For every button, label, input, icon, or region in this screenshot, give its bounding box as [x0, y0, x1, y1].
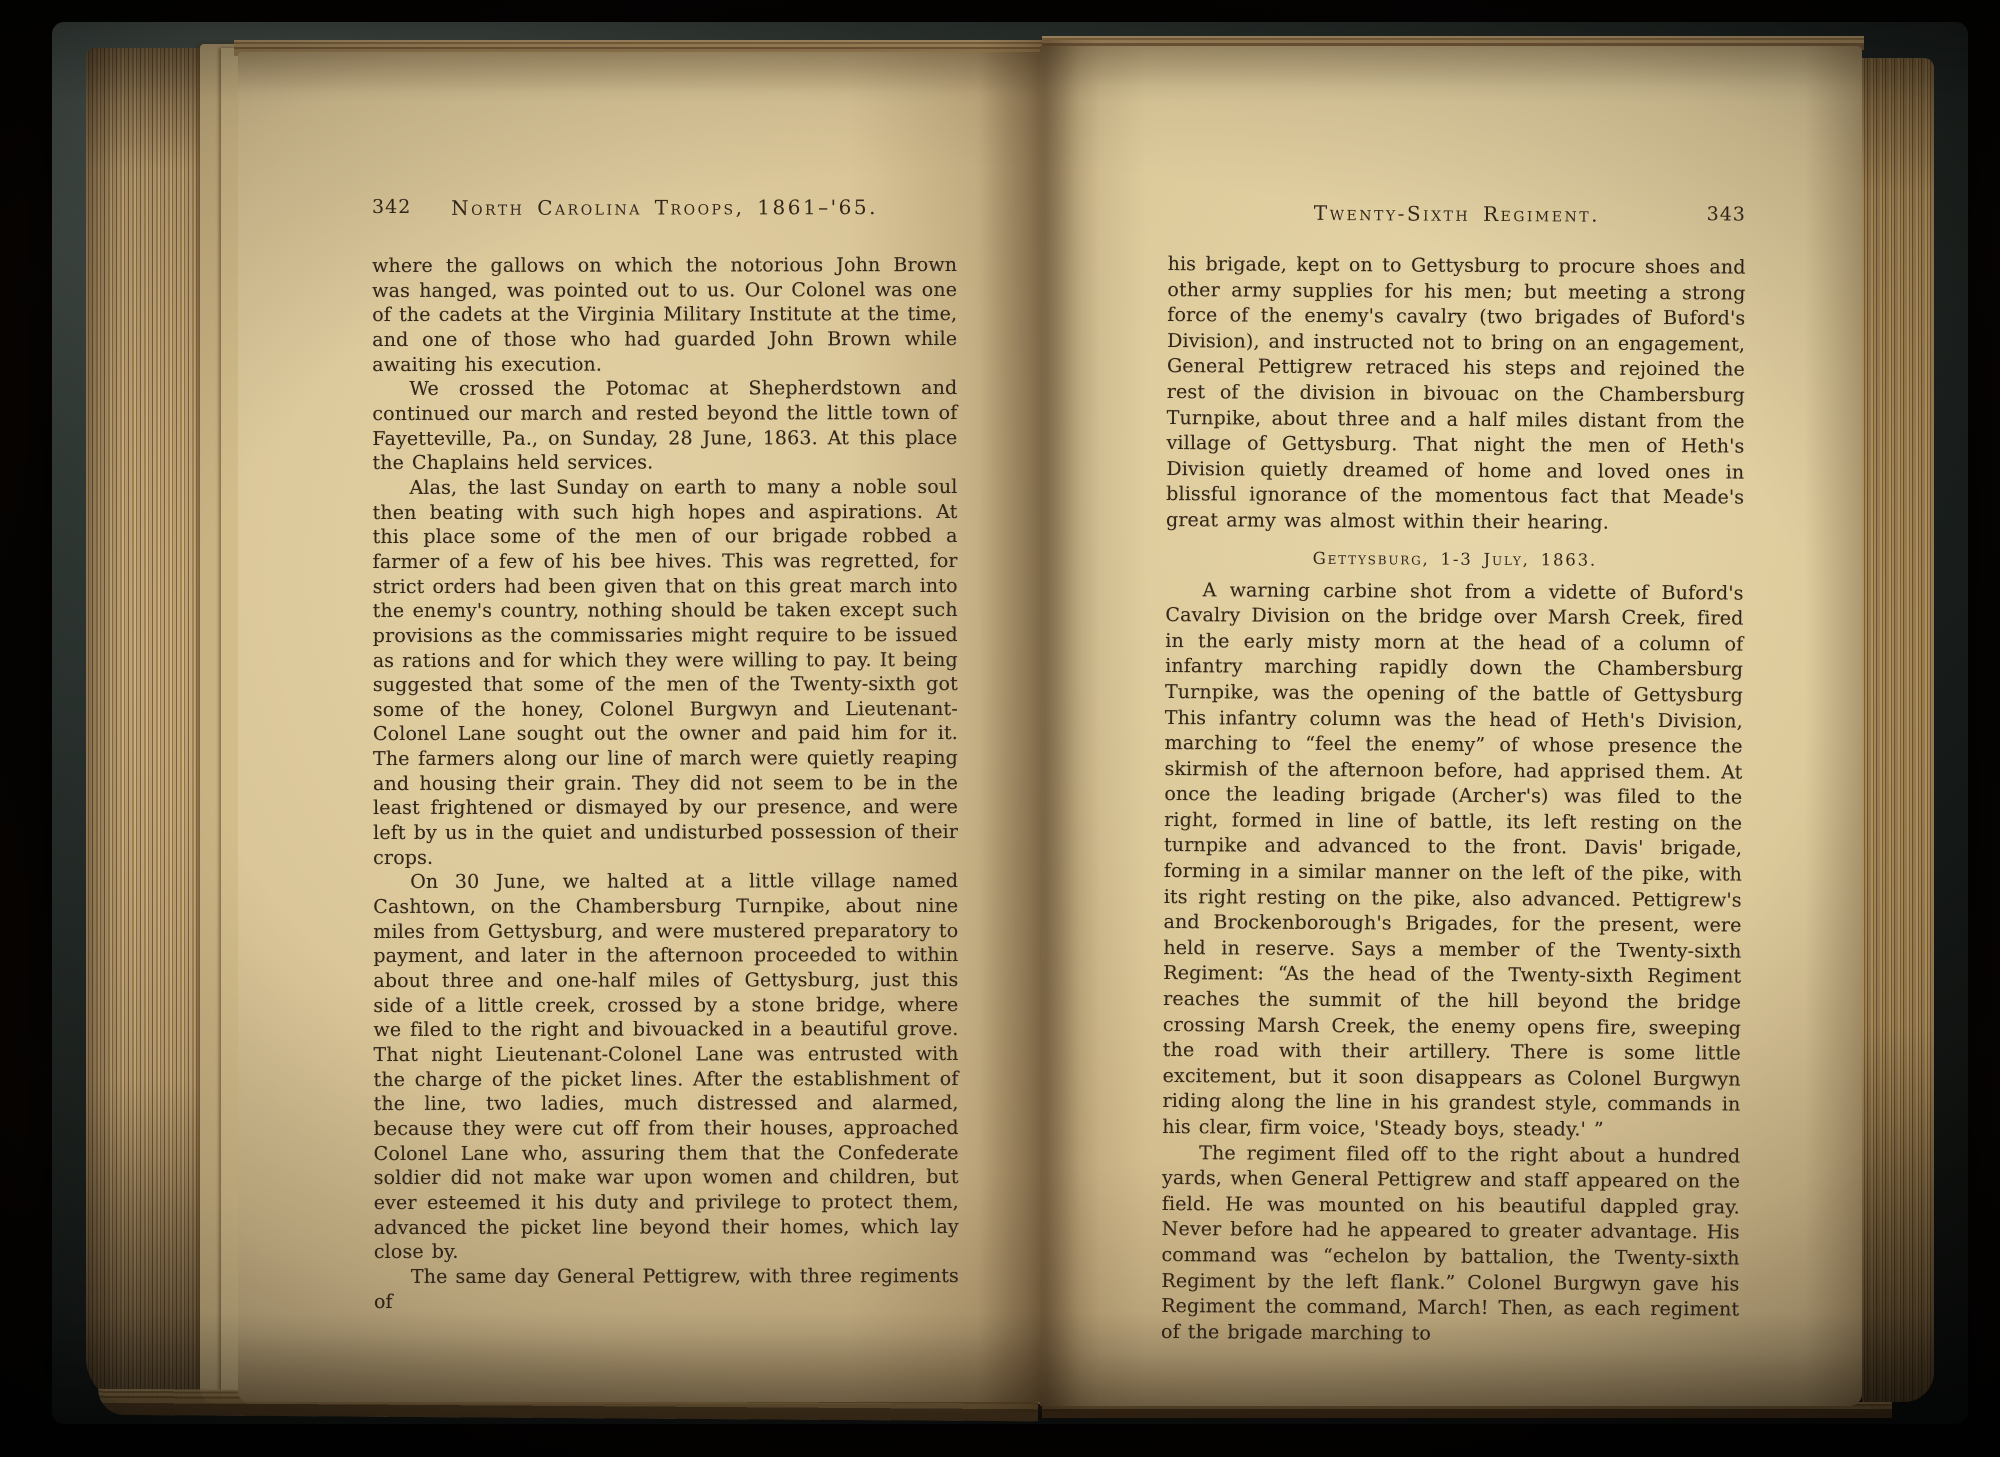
paragraph: where the gallows on which the notorious…	[372, 253, 957, 377]
right-running-title: Twenty-Sixth Regiment.	[1168, 200, 1746, 228]
open-book-photograph: 342 North Carolina Troops, 1861–'65. whe…	[0, 0, 2000, 1457]
left-running-title: North Carolina Troops, 1861–'65.	[372, 195, 957, 220]
paragraph: We crossed the Potomac at Shepherdstown …	[372, 376, 957, 476]
right-page-number: 343	[1707, 203, 1746, 225]
paragraph: On 30 June, we halted at a little villag…	[373, 869, 959, 1265]
paragraph: Alas, the last Sunday on earth to many a…	[372, 475, 958, 871]
right-page-body: his brigade, kept on to Gettysburg to pr…	[1161, 252, 1746, 1349]
left-page-body: where the gallows on which the notorious…	[372, 253, 959, 1314]
paragraph: The same day General Pettigrew, with thr…	[374, 1264, 959, 1314]
left-page-content: 342 North Carolina Troops, 1861–'65. whe…	[372, 195, 959, 1314]
book-gutter	[980, 40, 1100, 1412]
paragraph: his brigade, kept on to Gettysburg to pr…	[1166, 252, 1746, 537]
left-page-number: 342	[372, 196, 411, 218]
right-running-head: Twenty-Sixth Regiment. 343	[1168, 200, 1746, 232]
section-heading: Gettysburg, 1-3 July, 1863.	[1166, 548, 1744, 571]
paragraph: The regiment filed off to the right abou…	[1161, 1141, 1740, 1349]
left-running-head: 342 North Carolina Troops, 1861–'65.	[372, 195, 957, 224]
right-page-edge-stack	[1862, 58, 1934, 1402]
paragraph: A warning carbine shot from a vidette of…	[1162, 578, 1743, 1145]
right-page-content: Twenty-Sixth Regiment. 343 his brigade, …	[1161, 200, 1746, 1349]
